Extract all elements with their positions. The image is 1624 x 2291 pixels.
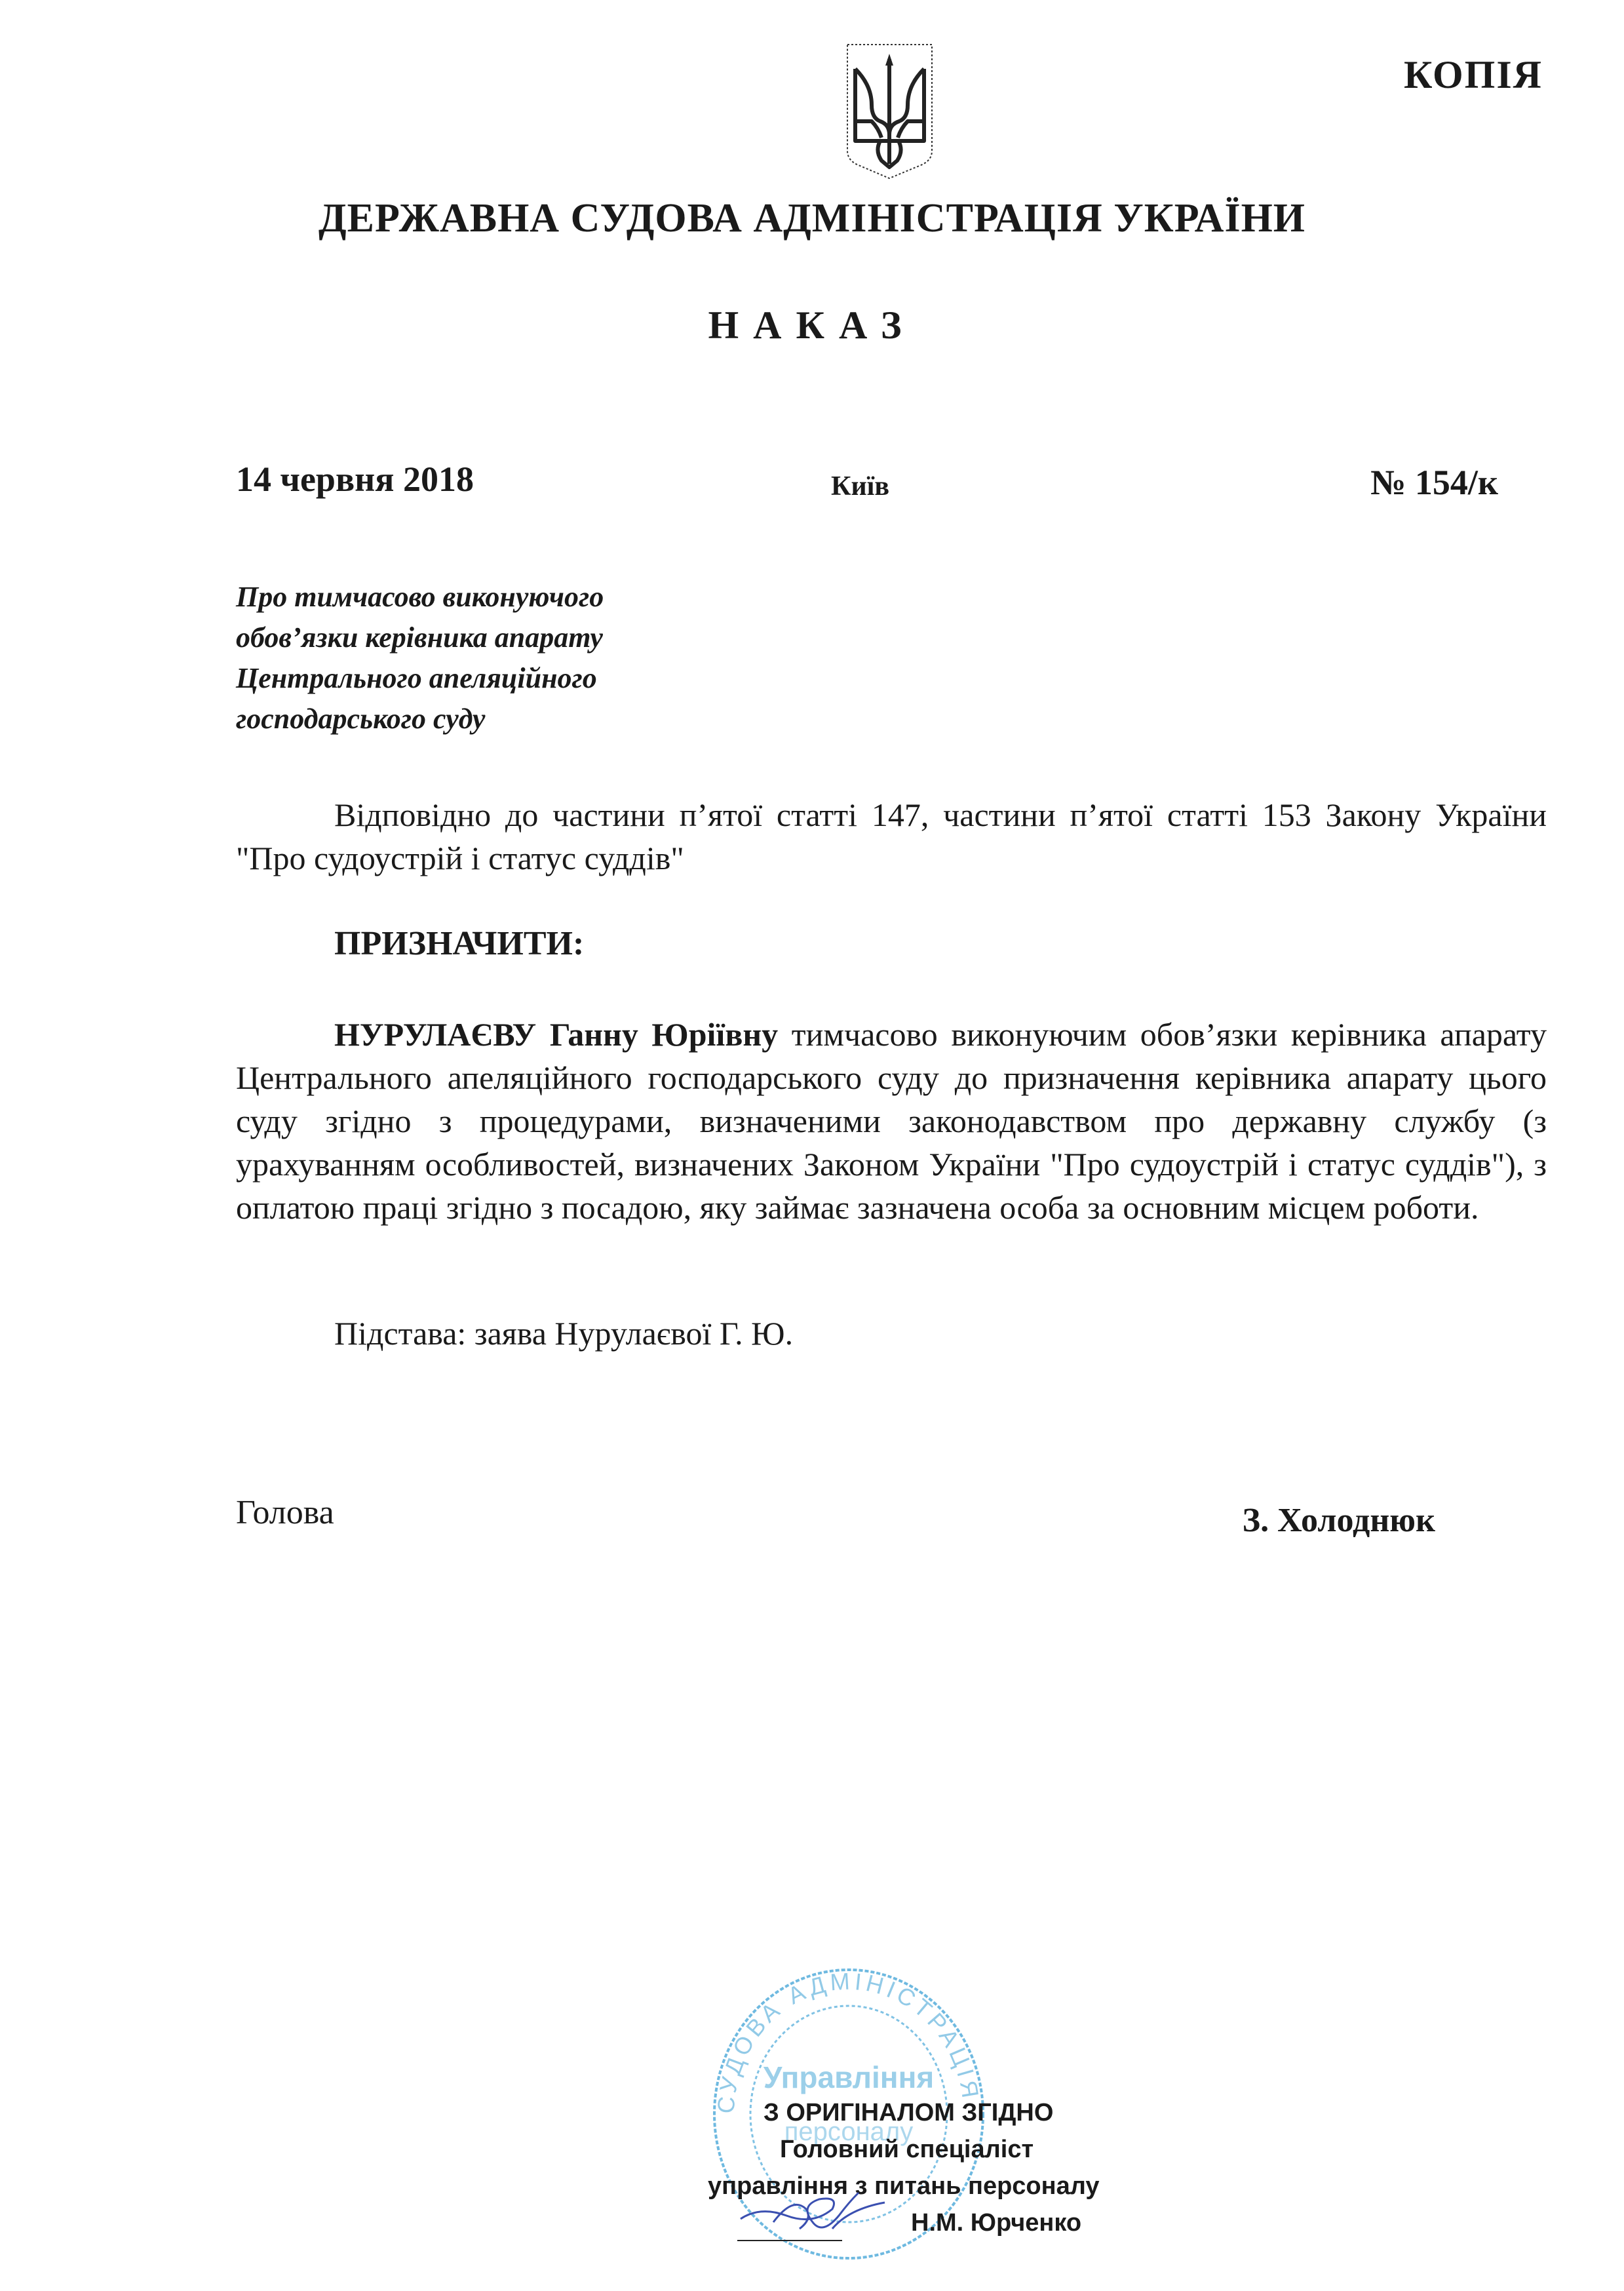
order-subject: Про тимчасово виконуючого обов’язки кері… bbox=[236, 577, 826, 739]
signatory-name: З. Холоднюк bbox=[1243, 1501, 1435, 1540]
coat-of-arms-icon bbox=[842, 39, 937, 180]
document-type-title: НАКАЗ bbox=[0, 303, 1624, 348]
certification-position: Головний спеціаліст bbox=[780, 2131, 1180, 2168]
appointee-name: НУРУЛАЄВУ Ганну Юріївну bbox=[334, 1016, 778, 1053]
signature-line bbox=[737, 2240, 842, 2241]
preamble-paragraph: Відповідно до частини п’ятої статті 147,… bbox=[236, 793, 1547, 880]
certification-line: З ОРИГІНАЛОМ ЗГІДНО bbox=[764, 2094, 1180, 2131]
organization-title: ДЕРЖАВНА СУДОВА АДМІНІСТРАЦІЯ УКРАЇНИ bbox=[0, 195, 1624, 242]
appointment-paragraph: НУРУЛАЄВУ Ганну Юріївну тимчасово викону… bbox=[236, 1013, 1547, 1229]
handwritten-signature-icon bbox=[734, 2183, 891, 2242]
signatory-role: Голова bbox=[236, 1493, 334, 1532]
order-city: Київ bbox=[831, 471, 889, 502]
svg-text:Управління: Управління bbox=[764, 2060, 934, 2094]
order-date: 14 червня 2018 bbox=[236, 459, 474, 499]
certification-name: Н.М. Юрченко bbox=[911, 2204, 1180, 2241]
directive-heading: ПРИЗНАЧИТИ: bbox=[334, 924, 584, 963]
copy-mark: КОПІЯ bbox=[1404, 52, 1543, 98]
order-number: № 154/к bbox=[1370, 462, 1498, 503]
subject-line: обов’язки керівника апарату bbox=[236, 617, 826, 658]
basis-line: Підстава: заява Нурулаєвої Г. Ю. bbox=[334, 1314, 793, 1352]
subject-line: Про тимчасово виконуючого bbox=[236, 577, 826, 617]
subject-line: Центрального апеляційного bbox=[236, 658, 826, 699]
subject-line: господарського суду bbox=[236, 699, 826, 739]
